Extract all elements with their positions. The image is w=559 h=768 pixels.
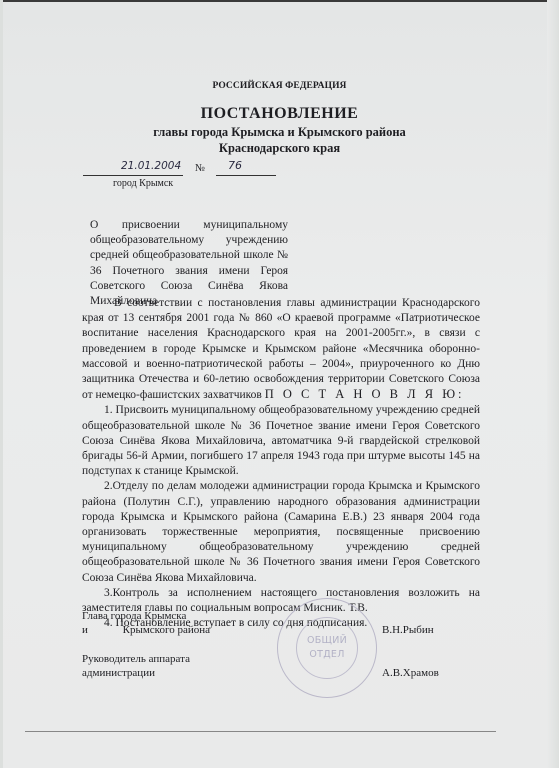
handwritten-date: 21.01.2004: [121, 160, 181, 172]
number-sign: №: [195, 163, 205, 174]
country-heading: РОССИЙСКАЯ ФЕДЕРАЦИЯ: [0, 81, 559, 91]
preamble-text: В соответствии с постановления главы адм…: [82, 297, 480, 401]
date-underline: [83, 175, 183, 176]
signatory-position: Руководитель аппарата: [82, 652, 232, 666]
signatory-position: Глава города Крымска: [82, 609, 232, 623]
decree-word: П О С Т А Н О В Л Я Ю:: [265, 387, 465, 401]
city-label: город Крымск: [113, 178, 173, 189]
stamp-text: ОБЩИЙ: [297, 635, 357, 646]
stamp-text: ОТДЕЛ: [297, 649, 357, 660]
signatory-position: администрации: [82, 666, 232, 680]
scan-top-edge: [0, 0, 559, 2]
signature-block-head: Глава города Крымска и Крымского района: [82, 609, 232, 637]
date-number-line: 21.01.2004 № 76: [83, 162, 263, 176]
signatory-name-head: В.Н.Рыбин: [382, 623, 434, 637]
stamp-inner-circle: ОБЩИЙ ОТДЕЛ: [296, 617, 358, 679]
subtitle-line: Краснодарского края: [0, 140, 559, 156]
bottom-rule-line: [25, 731, 496, 732]
decree-item-2: 2.Отделу по делам молодежи администрации…: [82, 479, 480, 585]
signature-block-admin: Руководитель аппарата администрации: [82, 652, 232, 680]
conjunction: и: [82, 623, 88, 637]
document-body: В соответствии с постановления главы адм…: [82, 296, 480, 631]
number-underline: [216, 175, 276, 176]
scanned-document-page: РОССИЙСКАЯ ФЕДЕРАЦИЯ ПОСТАНОВЛЕНИЕ главы…: [0, 0, 559, 768]
preamble-paragraph: В соответствии с постановления главы адм…: [82, 296, 480, 403]
handwritten-number: 76: [228, 159, 242, 172]
document-subtitle: главы города Крымска и Крымского района …: [0, 124, 559, 156]
document-title: ПОСТАНОВЛЕНИЕ: [0, 105, 559, 123]
signatory-name-admin: А.В.Храмов: [382, 666, 439, 680]
decree-item-1: 1. Присвоить муниципальному общеобразова…: [82, 403, 480, 479]
official-stamp: ОБЩИЙ ОТДЕЛ: [277, 598, 377, 698]
position-text: Крымского района: [123, 623, 210, 637]
signatory-position-line2: и Крымского района: [82, 623, 210, 637]
subtitle-line: главы города Крымска и Крымского района: [0, 124, 559, 140]
